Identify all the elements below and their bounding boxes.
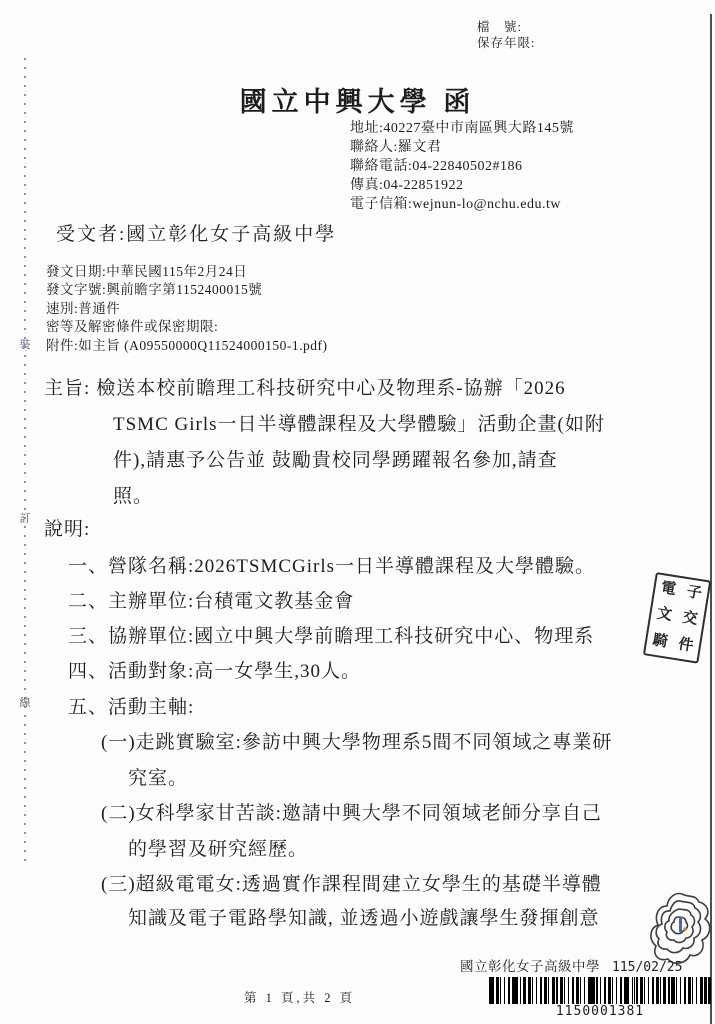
security-classification-line: 密等及解密條件或保密期限: — [46, 318, 327, 336]
recipient-line: 受文者:國立彰化女子高級中學 — [56, 219, 336, 246]
subject-first-line: 主旨:檢送本校前瞻理工科技研究中心及物理系-協辦「2026 — [44, 373, 566, 400]
list-item-1: 一、營隊名稱:2026TSMCGirls一日半導體課程及大學體驗。 — [68, 551, 595, 578]
sender-fax: 傳真:04-22851922 — [350, 176, 574, 195]
priority-line: 速別:普通件 — [46, 300, 327, 318]
sub-item-marker: (一) — [101, 732, 136, 753]
sub-list-item-2: (二)女科學家甘苦談:邀請中興大學不同領域老師分享自己 — [101, 798, 602, 825]
seal-char: 子 — [680, 584, 708, 603]
sub-list-item-2-cont: 的學習及研究經歷。 — [128, 834, 308, 861]
issue-date-line: 發文日期:中華民國115年2月24日 — [46, 263, 327, 281]
seal-char: 電 — [654, 580, 682, 599]
scan-edge-line — [710, 14, 712, 1024]
binding-mark-xian: 線 — [17, 694, 33, 710]
subject-line: 件),請惠予公告並 鼓勵貴校同學踴躍報名參加,請查 — [113, 445, 558, 472]
attachment-line: 附件:如主旨 (A09550000Q11524000150-1.pdf) — [46, 337, 327, 355]
stamp-blue-mark — [679, 917, 682, 932]
sender-contact-name: 聯絡人:羅文君 — [350, 138, 574, 157]
sub-list-item-3: (三)超級電電女:透過實作課程間建立女學生的基礎半導體 — [101, 869, 602, 896]
file-number-label: 檔 號: — [477, 20, 535, 36]
scanned-official-letter: 裝 訂 線 檔 號: 保存年限: 國立中興大學 函 地址:40227臺中市南區興… — [0, 0, 715, 1024]
binding-mark-zhuang: 裝 — [17, 336, 33, 352]
binding-dotted-line — [24, 58, 26, 864]
seal-char: 文 — [650, 606, 678, 625]
seal-char: 騎 — [646, 633, 674, 652]
document-title: 國立中興大學 函 — [0, 80, 715, 119]
stamp-orange-dot — [683, 927, 687, 931]
sub-item-marker: (三) — [101, 874, 136, 895]
sender-address: 地址:40227臺中市南區興大路145號 — [350, 119, 574, 138]
subject-label: 主旨: — [44, 378, 90, 399]
list-item-4: 四、活動對象:高一女學生,30人。 — [68, 656, 361, 683]
sub-list-item-3-cont: 知識及電子電路學知識, 並透過小遊戲讓學生發揮創意 — [128, 903, 600, 930]
retention-period-label: 保存年限: — [477, 36, 535, 52]
seal-char: 交 — [676, 610, 704, 629]
received-stamp-line: 國立彰化女子高級中學115/02/25 — [460, 955, 682, 975]
received-school: 國立彰化女子高級中學 — [460, 959, 600, 974]
subject-line: TSMC Girls一日半導體課程及大學體驗」活動企畫(如附 — [113, 409, 605, 436]
list-item-2: 二、主辦單位:台積電文教基金會 — [68, 586, 354, 613]
subject-line: 照。 — [113, 481, 153, 508]
explanation-heading: 說明: — [44, 514, 90, 541]
list-item-3: 三、協辦單位:國立中興大學前瞻理工科技研究中心、物理系 — [68, 621, 594, 648]
file-number-block: 檔 號: 保存年限: — [477, 20, 535, 51]
document-meta-block: 發文日期:中華民國115年2月24日 發文字號:興前瞻字第1152400015號… — [46, 263, 327, 355]
seal-char: 件 — [672, 637, 700, 656]
barcode — [489, 977, 711, 1004]
sender-phone: 聯絡電話:04-22840502#186 — [350, 157, 574, 176]
sub-list-item-1-cont: 究室。 — [128, 763, 188, 790]
reference-number-line: 發文字號:興前瞻字第1152400015號 — [46, 281, 327, 299]
sub-item-text: 女科學家甘苦談:邀請中興大學不同領域老師分享自己 — [136, 803, 602, 824]
sub-item-text: 超級電電女:透過實作課程間建立女學生的基礎半導體 — [136, 874, 602, 895]
sender-info-block: 地址:40227臺中市南區興大路145號 聯絡人:羅文君 聯絡電話:04-228… — [350, 119, 574, 214]
list-item-5: 五、活動主軸: — [68, 692, 194, 719]
electronic-document-seam-seal-stamp: 電 子 文 交 騎 件 — [643, 572, 711, 664]
subject-text: 檢送本校前瞻理工科技研究中心及物理系-協辦「2026 — [96, 378, 565, 399]
sub-list-item-1: (一)走跳實驗室:參訪中興大學物理系5間不同領域之專業研 — [101, 727, 612, 754]
received-date: 115/02/25 — [612, 960, 682, 975]
sub-item-text: 走跳實驗室:參訪中興大學物理系5間不同領域之專業研 — [136, 732, 613, 753]
sub-item-marker: (二) — [101, 803, 136, 824]
page-indicator: 第 1 頁,共 2 頁 — [244, 988, 355, 1006]
barcode-number: 1150001381 — [489, 1004, 711, 1019]
binding-mark-ding: 訂 — [17, 510, 33, 526]
sender-email: 電子信箱:wejnun-lo@nchu.edu.tw — [350, 195, 574, 214]
